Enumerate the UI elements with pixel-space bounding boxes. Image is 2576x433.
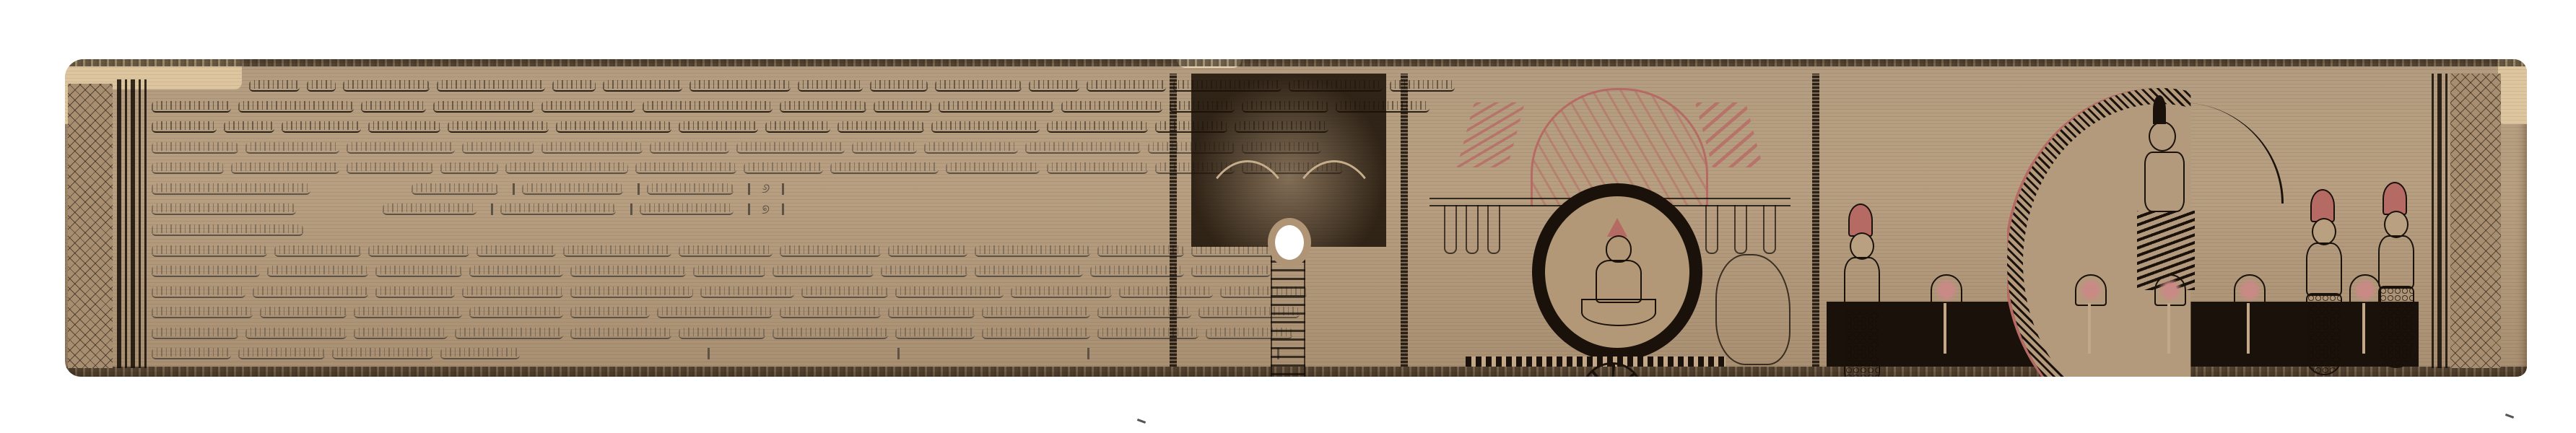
lotus-plant-icon <box>2072 274 2107 354</box>
script-word <box>1011 287 1112 298</box>
script-word <box>931 121 1040 133</box>
lotus-plant-icon <box>1928 274 1962 354</box>
stray-mark <box>1137 419 1146 424</box>
script-word <box>935 80 1022 92</box>
script-word <box>552 80 596 92</box>
tassel-icon <box>1466 205 1479 254</box>
script-word <box>238 101 354 113</box>
script-word <box>282 121 361 133</box>
script-word <box>946 162 1040 174</box>
script-word <box>440 162 498 174</box>
manuscript-text-line <box>152 245 1300 258</box>
panel-frame-left <box>1170 74 1177 367</box>
manuscript-text-line <box>152 121 1336 134</box>
script-word <box>455 328 563 339</box>
script-word <box>477 245 556 257</box>
danda-mark <box>630 204 632 215</box>
naga-figure <box>2303 189 2344 377</box>
script-word <box>801 287 888 298</box>
danda-mark <box>1087 348 1089 359</box>
manuscript-text-line <box>152 306 1307 319</box>
naga-figure <box>1841 204 1881 377</box>
danda-mark <box>897 348 900 359</box>
script-word <box>837 121 924 133</box>
script-word <box>152 121 217 133</box>
script-word <box>152 183 310 195</box>
palm-leaf-folio: ୬୭ <box>65 59 2527 377</box>
panel-chariot <box>1415 74 1805 367</box>
script-word <box>245 142 339 154</box>
script-word <box>570 266 686 277</box>
tassel-icon <box>1705 205 1718 254</box>
script-word <box>736 142 845 154</box>
script-word <box>1029 80 1079 92</box>
manuscript-text-line <box>152 286 1314 299</box>
flag-icon <box>1457 102 1525 167</box>
inked-edge-top <box>65 59 2527 66</box>
script-word <box>870 80 928 92</box>
script-word <box>765 121 830 133</box>
script-word <box>274 245 361 257</box>
script-word <box>679 245 773 257</box>
manuscript-text-line: ୬ <box>152 183 791 196</box>
script-word <box>354 307 462 318</box>
lattice-border-left <box>68 84 113 368</box>
script-word <box>773 266 874 277</box>
script-word <box>1061 101 1162 113</box>
script-word <box>982 307 1090 318</box>
shrine-dome <box>1531 88 1708 206</box>
script-word <box>1047 162 1148 174</box>
script-word <box>1025 142 1141 154</box>
tassel-icon <box>1444 205 1457 254</box>
script-word <box>375 287 455 298</box>
tassel-icon <box>1734 205 1747 254</box>
script-word <box>563 245 671 257</box>
script-word <box>679 328 765 339</box>
script-word <box>152 142 238 154</box>
script-word <box>888 307 975 318</box>
script-word <box>440 348 520 359</box>
manuscript-text-line <box>152 224 310 237</box>
script-word <box>433 101 534 113</box>
danda-mark <box>708 348 710 359</box>
script-word <box>347 162 433 174</box>
danda-mark <box>513 183 515 195</box>
script-word <box>448 121 549 133</box>
panel-frame-left <box>1812 74 1819 367</box>
script-word <box>152 307 253 318</box>
script-word <box>780 245 881 257</box>
script-word <box>152 162 224 174</box>
script-word <box>505 162 628 174</box>
script-word <box>224 121 274 133</box>
script-word <box>152 287 245 298</box>
script-word <box>693 266 765 277</box>
verse-number: ୭ <box>762 203 770 216</box>
tassel-icon <box>1763 205 1776 254</box>
script-word <box>368 245 469 257</box>
script-word <box>500 204 616 215</box>
script-word <box>570 307 650 318</box>
script-word <box>881 266 967 277</box>
panel-tree <box>1170 74 1408 367</box>
script-word <box>939 101 1054 113</box>
verse-number: ୬ <box>762 183 770 196</box>
script-word <box>640 204 734 215</box>
script-word <box>332 348 433 359</box>
script-word <box>780 307 881 318</box>
script-word <box>689 80 791 92</box>
script-word <box>570 328 671 339</box>
lotus-plant-icon <box>2231 274 2266 354</box>
script-word <box>231 162 339 174</box>
panel-dance <box>1812 74 2447 367</box>
script-word <box>1087 80 1166 92</box>
script-word <box>375 266 462 277</box>
script-word <box>245 328 347 339</box>
script-word <box>657 307 773 318</box>
manuscript-text-line: ୭ <box>152 203 791 216</box>
script-word <box>975 245 1090 257</box>
naga-figure <box>2375 182 2416 369</box>
unstained-corner-top-right <box>2498 59 2527 124</box>
script-word <box>603 80 682 92</box>
script-word <box>152 101 231 113</box>
script-word <box>152 328 238 339</box>
script-word <box>361 101 426 113</box>
script-word <box>635 162 736 174</box>
lattice-border-right <box>2450 74 2501 368</box>
script-word <box>975 266 1083 277</box>
string-hole <box>1275 225 1304 260</box>
script-word <box>924 142 1018 154</box>
script-word <box>152 245 267 257</box>
lotus-plant-icon <box>2151 274 2186 354</box>
script-word <box>700 287 794 298</box>
script-word <box>744 162 823 174</box>
script-word <box>462 142 534 154</box>
seated-deity-figure <box>1581 218 1653 326</box>
script-word <box>541 101 635 113</box>
manuscript-text-block: ୬୭ <box>152 75 1195 364</box>
script-word <box>437 80 545 92</box>
script-word <box>347 142 455 154</box>
script-word <box>570 287 693 298</box>
script-word <box>267 266 368 277</box>
script-word <box>643 101 773 113</box>
danda-mark <box>491 204 493 215</box>
script-word <box>1047 121 1148 133</box>
chariot-base <box>1466 357 1726 367</box>
script-word <box>798 80 863 92</box>
script-word <box>260 307 347 318</box>
script-word <box>780 101 866 113</box>
script-word <box>679 121 758 133</box>
manuscript-text-line <box>152 347 1287 360</box>
script-word <box>982 328 1090 339</box>
lotus-plant-icon <box>2346 274 2381 354</box>
script-word <box>383 204 477 215</box>
stray-mark <box>2505 414 2514 419</box>
danda-mark <box>638 183 640 195</box>
script-word <box>152 204 296 215</box>
script-word <box>307 80 336 92</box>
script-word <box>343 80 430 92</box>
script-word <box>647 183 734 195</box>
panel-frame-right <box>1401 74 1408 367</box>
charioteer-on-horse <box>1715 254 1790 365</box>
script-word <box>152 348 231 359</box>
script-word <box>895 287 1004 298</box>
script-word <box>249 80 300 92</box>
script-word <box>152 266 260 277</box>
script-word <box>888 245 967 257</box>
script-word <box>650 142 729 154</box>
script-word <box>852 142 917 154</box>
manuscript-text-line <box>152 327 1300 340</box>
script-word <box>874 101 931 113</box>
rule-lines-right <box>2432 74 2447 368</box>
script-word <box>462 287 563 298</box>
script-word <box>469 307 563 318</box>
script-word <box>556 121 671 133</box>
script-word <box>253 287 368 298</box>
script-word <box>354 328 448 339</box>
script-word <box>522 183 623 195</box>
script-word <box>469 266 563 277</box>
manuscript-text-line <box>152 265 1278 278</box>
script-word <box>238 348 325 359</box>
rule-lines-left <box>117 79 147 368</box>
manuscript-text-line <box>152 141 1328 154</box>
script-word <box>773 328 888 339</box>
script-word <box>152 224 303 236</box>
script-word <box>368 121 440 133</box>
script-word <box>412 183 498 195</box>
tassel-icon <box>1487 205 1500 254</box>
script-word <box>541 142 643 154</box>
script-word <box>830 162 939 174</box>
script-word <box>895 328 975 339</box>
